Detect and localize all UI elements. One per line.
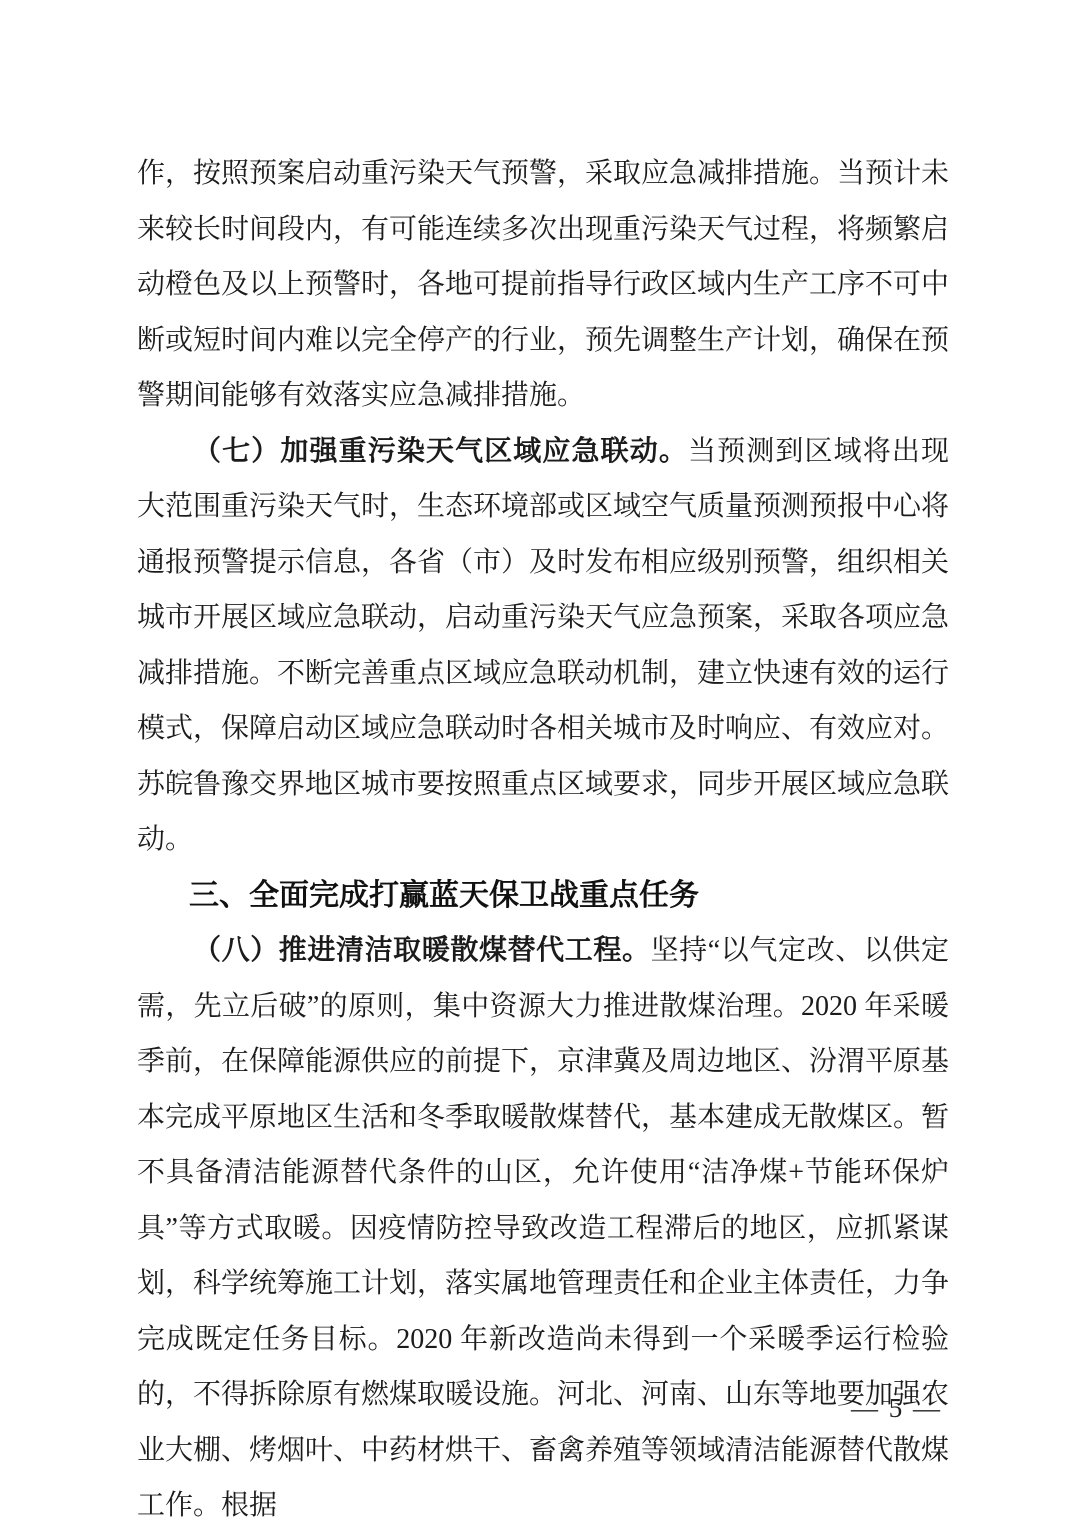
paragraph-text: 作，按照预案启动重污染天气预警，采取应急减排措施。当预计未来较长时间段内，有可能…	[137, 158, 949, 411]
paragraph-lead: （七）加强重污染天气区域应急联动。	[193, 436, 688, 467]
document-page: 作，按照预案启动重污染天气预警，采取应急减排措施。当预计未来较长时间段内，有可能…	[0, 0, 1080, 1527]
document-body: 作，按照预案启动重污染天气预警，采取应急减排措施。当预计未来较长时间段内，有可能…	[137, 146, 949, 1527]
paragraph-item-7: （七）加强重污染天气区域应急联动。当预测到区域将出现大范围重污染天气时，生态环境…	[137, 424, 949, 868]
page-number: — 5 —	[851, 1390, 942, 1426]
section-heading: 三、全面完成打赢蓝天保卫战重点任务	[137, 868, 949, 924]
paragraph-lead: （八）推进清洁取暖散煤替代工程。	[193, 935, 651, 966]
paragraph-text: 坚持“以气定改、以供定需，先立后破”的原则，集中资源大力推进散煤治理。2020 …	[137, 935, 949, 1521]
paragraph-continuation: 作，按照预案启动重污染天气预警，采取应急减排措施。当预计未来较长时间段内，有可能…	[137, 146, 949, 424]
paragraph-text: 当预测到区域将出现大范围重污染天气时，生态环境部或区域空气质量预测预报中心将通报…	[137, 436, 949, 856]
paragraph-item-8: （八）推进清洁取暖散煤替代工程。坚持“以气定改、以供定需，先立后破”的原则，集中…	[137, 923, 949, 1527]
